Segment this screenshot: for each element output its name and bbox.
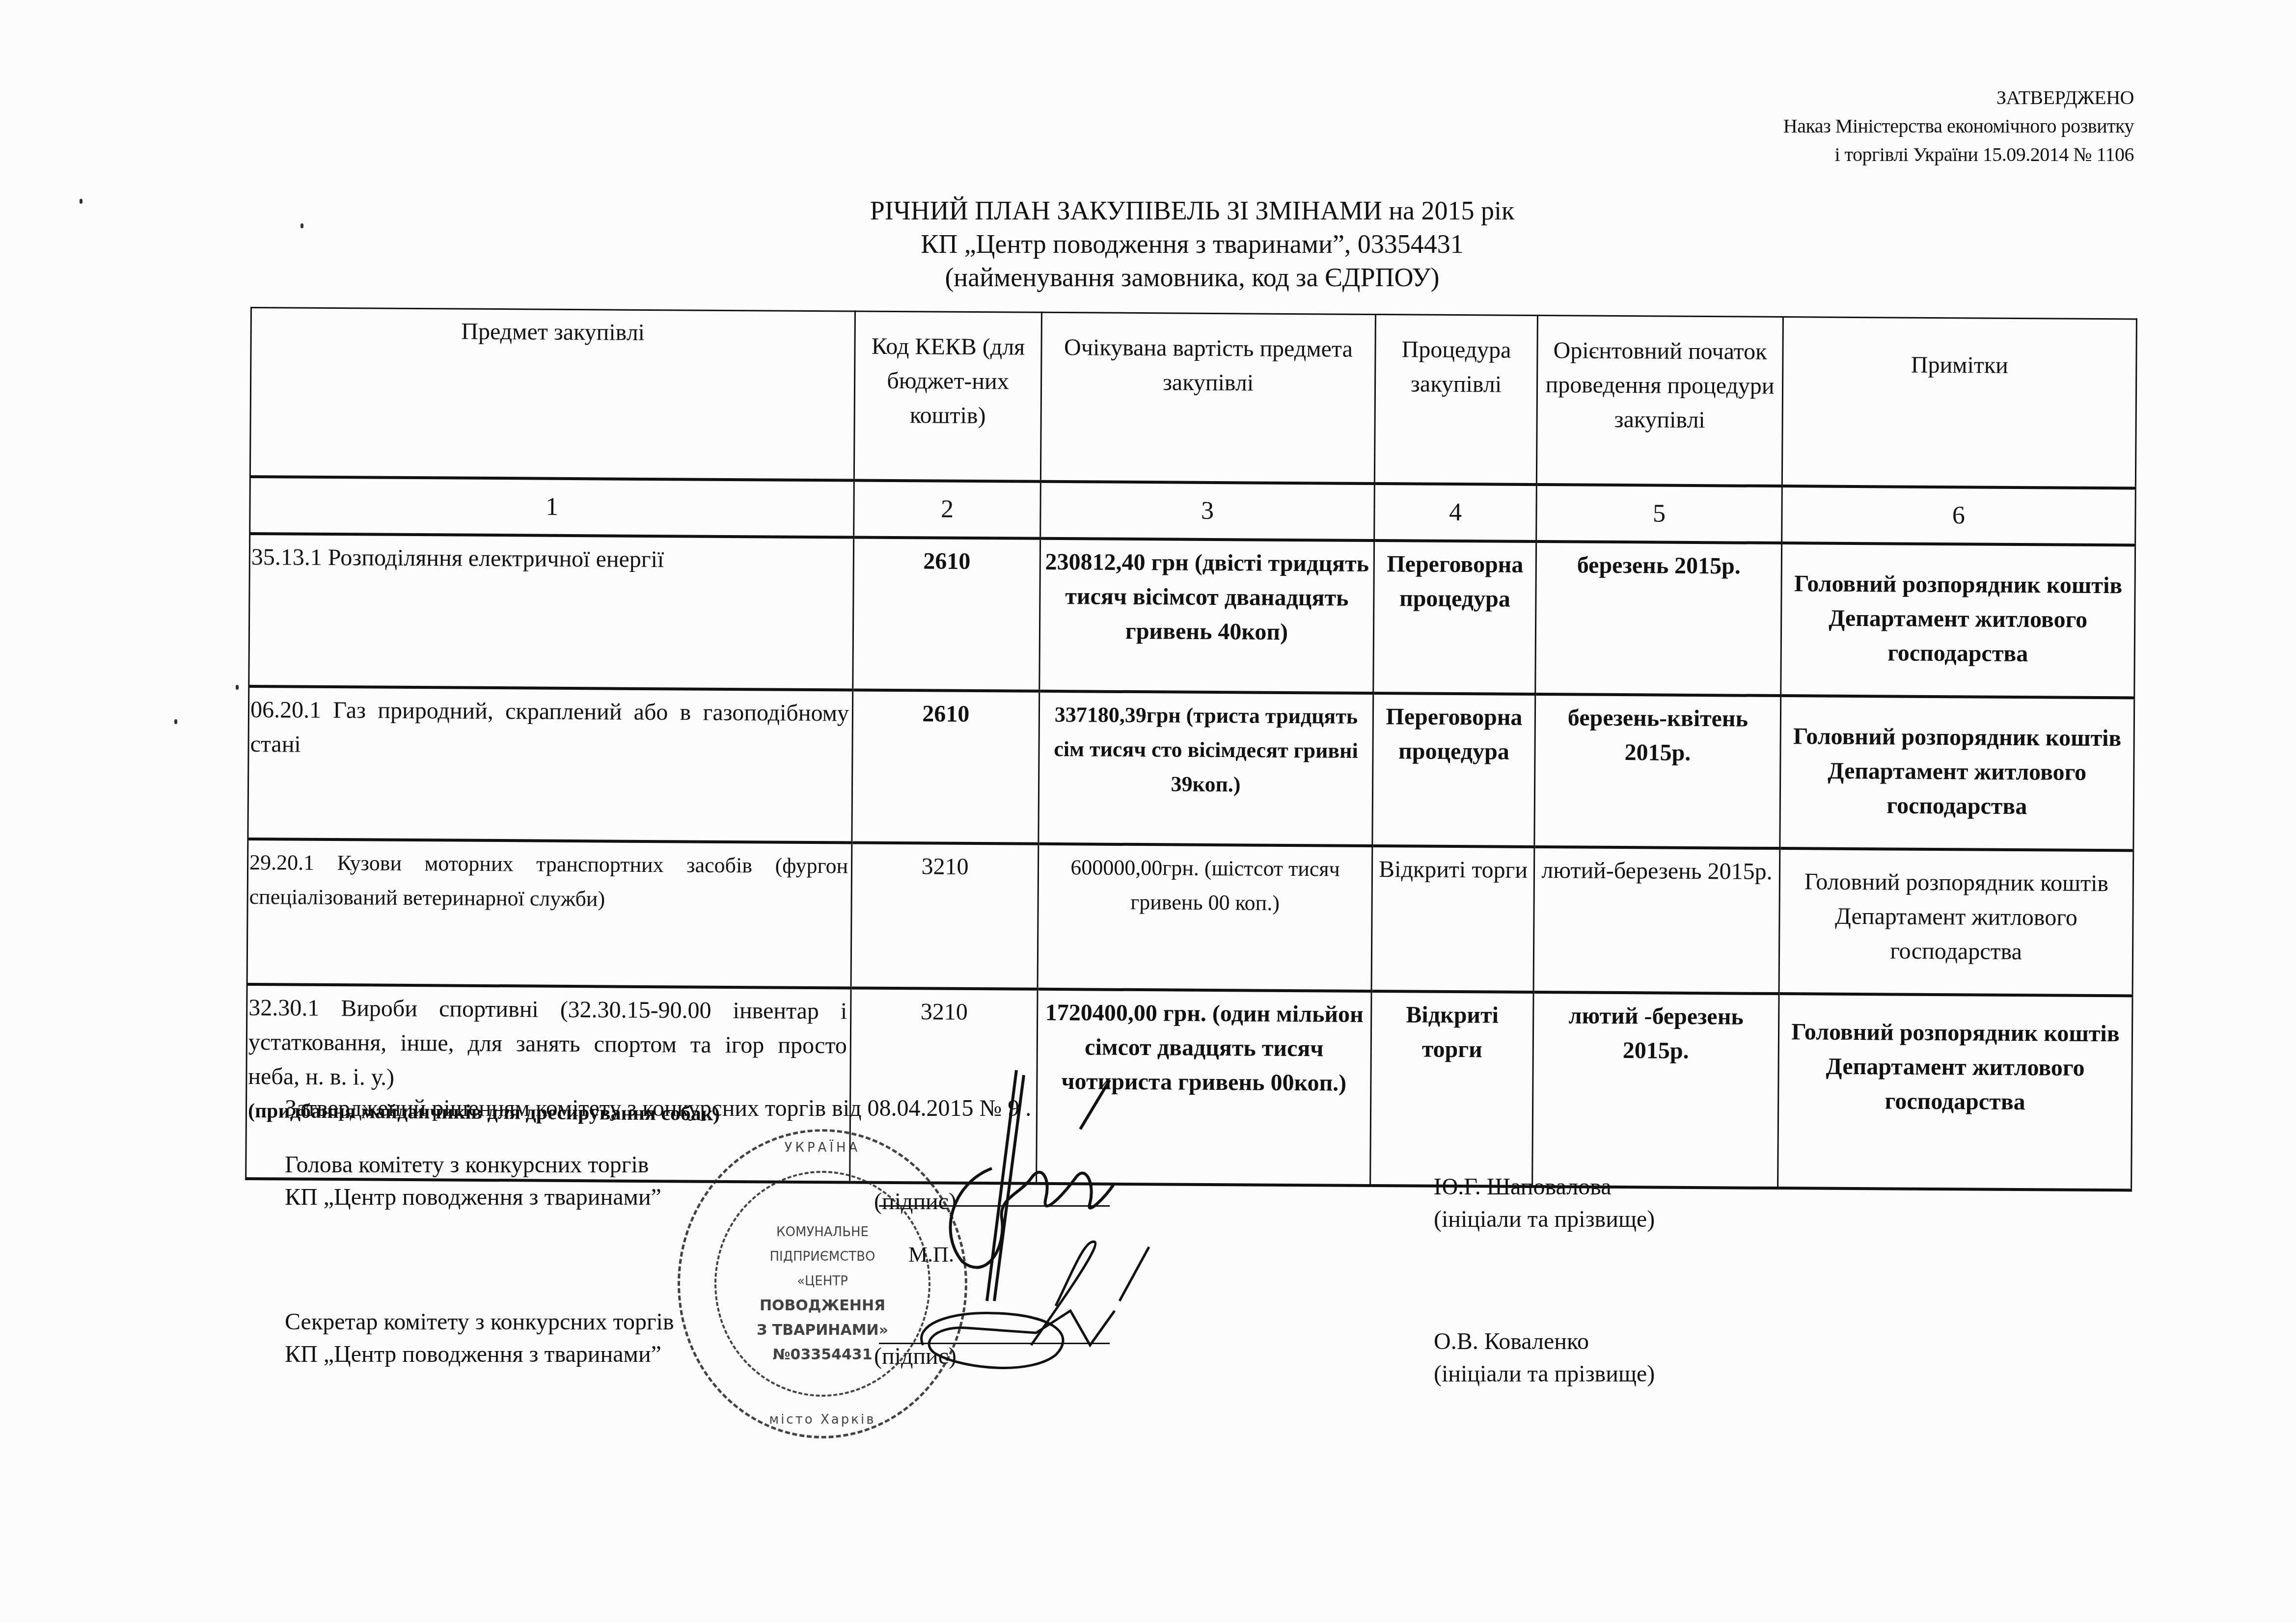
header-subject: Предмет закупівлі (250, 308, 855, 481)
row-start-date: лютий -березень 2015р. (1532, 992, 1779, 1188)
procurement-table-wrapper: Предмет закупівлі Код КЕКВ (для бюджет-н… (245, 307, 2136, 1191)
stamp-line: КОМУНАЛЬНЕ (734, 1220, 911, 1244)
row-procedure: Відкриті торги (1370, 991, 1533, 1187)
approval-block: ЗАТВЕРДЖЕНО Наказ Міністерства економічн… (1783, 83, 2134, 169)
table-row: 29.20.1 Кузови моторних транспортних зас… (247, 839, 2133, 996)
secretary-signature-block: Секретар комітету з конкурсних торгів КП… (285, 1306, 674, 1371)
table-header-row: Предмет закупівлі Код КЕКВ (для бюджет-н… (250, 308, 2136, 488)
row-subject: 35.13.1 Розподіляння електричної енергії (249, 534, 854, 690)
plan-title: РІЧНИЙ ПЛАН ЗАКУПІВЕЛЬ ЗІ ЗМІНАМИ на 201… (44, 194, 2296, 227)
stamp-line: «ЦЕНТР (734, 1269, 911, 1294)
column-number: 6 (1782, 486, 2136, 545)
document-title: РІЧНИЙ ПЛАН ЗАКУПІВЕЛЬ ЗІ ЗМІНАМИ на 201… (44, 194, 2296, 294)
customer-caption: (найменування замовника, код за ЄДРПОУ) (44, 261, 2296, 294)
column-number: 2 (854, 481, 1041, 539)
chair-name-block: Ю.Г. Шаповалова (ініціали та прізвище) (1434, 1171, 1655, 1236)
row-subject: 06.20.1 Газ природний, скраплений або в … (248, 686, 853, 843)
header-expected-cost: Очікувана вартість предмета закупівлі (1040, 312, 1375, 484)
secretary-role-line2: КП „Центр поводження з тваринами” (285, 1338, 674, 1371)
document-page: ЗАТВЕРДЖЕНО Наказ Міністерства економічн… (0, 0, 2296, 1623)
row-start-date: березень 2015р. (1535, 541, 1782, 696)
stamp-ring-bottom-text: місто Харків (680, 1412, 965, 1427)
chair-name: Ю.Г. Шаповалова (1434, 1171, 1655, 1203)
procurement-table: Предмет закупівлі Код КЕКВ (для бюджет-н… (245, 307, 2137, 1191)
approval-order-line1: Наказ Міністерства економічного розвитку (1783, 112, 2134, 140)
row-subject-main: 32.30.1 Вироби спортивні (32.30.15-90.00… (248, 995, 847, 1090)
stamp-line: ПОВОДЖЕННЯ (734, 1294, 911, 1318)
secretary-handwritten-signature (908, 1227, 1154, 1375)
row-subject: 29.20.1 Кузови моторних транспортних зас… (247, 839, 852, 988)
approval-order-line2: і торгівлі України 15.09.2014 № 1106 (1783, 140, 2134, 169)
customer-name: КП „Центр поводження з тваринами”, 03354… (44, 227, 2296, 261)
header-procedure: Процедура закупівлі (1374, 314, 1537, 485)
secretary-name-caption: (ініціали та прізвище) (1434, 1358, 1655, 1390)
row-notes: Головний розпорядник коштів Департамент … (1778, 994, 2132, 1190)
chair-signature-block: Голова комітету з конкурсних торгів КП „… (285, 1149, 661, 1214)
column-number: 4 (1374, 484, 1537, 541)
stamp-line: З ТВАРИНАМИ» (734, 1318, 911, 1343)
chair-role-line2: КП „Центр поводження з тваринами” (285, 1181, 661, 1214)
header-start-date: Орієнтовний початок проведення процедури… (1536, 316, 1783, 487)
row-start-date: лютий-березень 2015р. (1533, 847, 1780, 994)
chair-name-caption: (ініціали та прізвище) (1434, 1203, 1655, 1236)
chair-role-line1: Голова комітету з конкурсних торгів (285, 1149, 661, 1181)
row-procedure: Відкриті торги (1371, 846, 1534, 992)
secretary-name-block: О.В. Коваленко (ініціали та прізвище) (1434, 1325, 1655, 1390)
row-cost: 600000,00грн. (шістсот тисяч гривень 00 … (1038, 844, 1372, 991)
stamp-line: №03354431 (734, 1343, 911, 1367)
row-kekv: 2610 (853, 538, 1040, 691)
column-number: 1 (250, 477, 854, 538)
scan-artifact (80, 199, 82, 204)
scan-artifact (236, 685, 239, 690)
row-procedure: Переговорна процедура (1373, 541, 1536, 694)
header-notes: Примітки (1782, 317, 2136, 488)
row-notes: Головний розпорядник коштів Департамент … (1779, 848, 2133, 996)
row-notes: Головний розпорядник коштів Департамент … (1781, 543, 2135, 698)
column-number: 3 (1040, 482, 1375, 541)
stamp-center-text: КОМУНАЛЬНЕ ПІДПРИЄМСТВО «ЦЕНТР ПОВОДЖЕНН… (734, 1220, 911, 1367)
row-kekv: 3210 (851, 843, 1039, 989)
stamp-line: ПІДПРИЄМСТВО (734, 1244, 911, 1269)
approval-heading: ЗАТВЕРДЖЕНО (1783, 83, 2134, 112)
scan-artifact (301, 223, 303, 228)
table-row: 35.13.1 Розподіляння електричної енергії… (249, 534, 2135, 698)
row-start-date: березень-квітень 2015р. (1534, 694, 1781, 848)
header-kekv: Код КЕКВ (для бюджет-них коштів) (854, 311, 1041, 482)
row-cost: 230812,40 грн (двісті тридцять тисяч віс… (1039, 539, 1374, 693)
secretary-role-line1: Секретар комітету з конкурсних торгів (285, 1306, 674, 1338)
committee-approval-line: Затверджений рішенням комітету з конкурс… (285, 1095, 1031, 1122)
column-number: 5 (1536, 485, 1782, 543)
row-cost: 337180,39грн (триста тридцять сім тисяч … (1039, 691, 1373, 846)
table-row: 06.20.1 Газ природний, скраплений або в … (248, 686, 2134, 850)
scan-artifact (174, 719, 177, 724)
row-kekv: 2610 (852, 690, 1039, 844)
secretary-name: О.В. Коваленко (1434, 1325, 1655, 1358)
stamp-ring-top-text: УКРАЇНА (680, 1140, 965, 1155)
row-procedure: Переговорна процедура (1372, 693, 1535, 847)
row-notes: Головний розпорядник коштів Департамент … (1780, 696, 2134, 850)
